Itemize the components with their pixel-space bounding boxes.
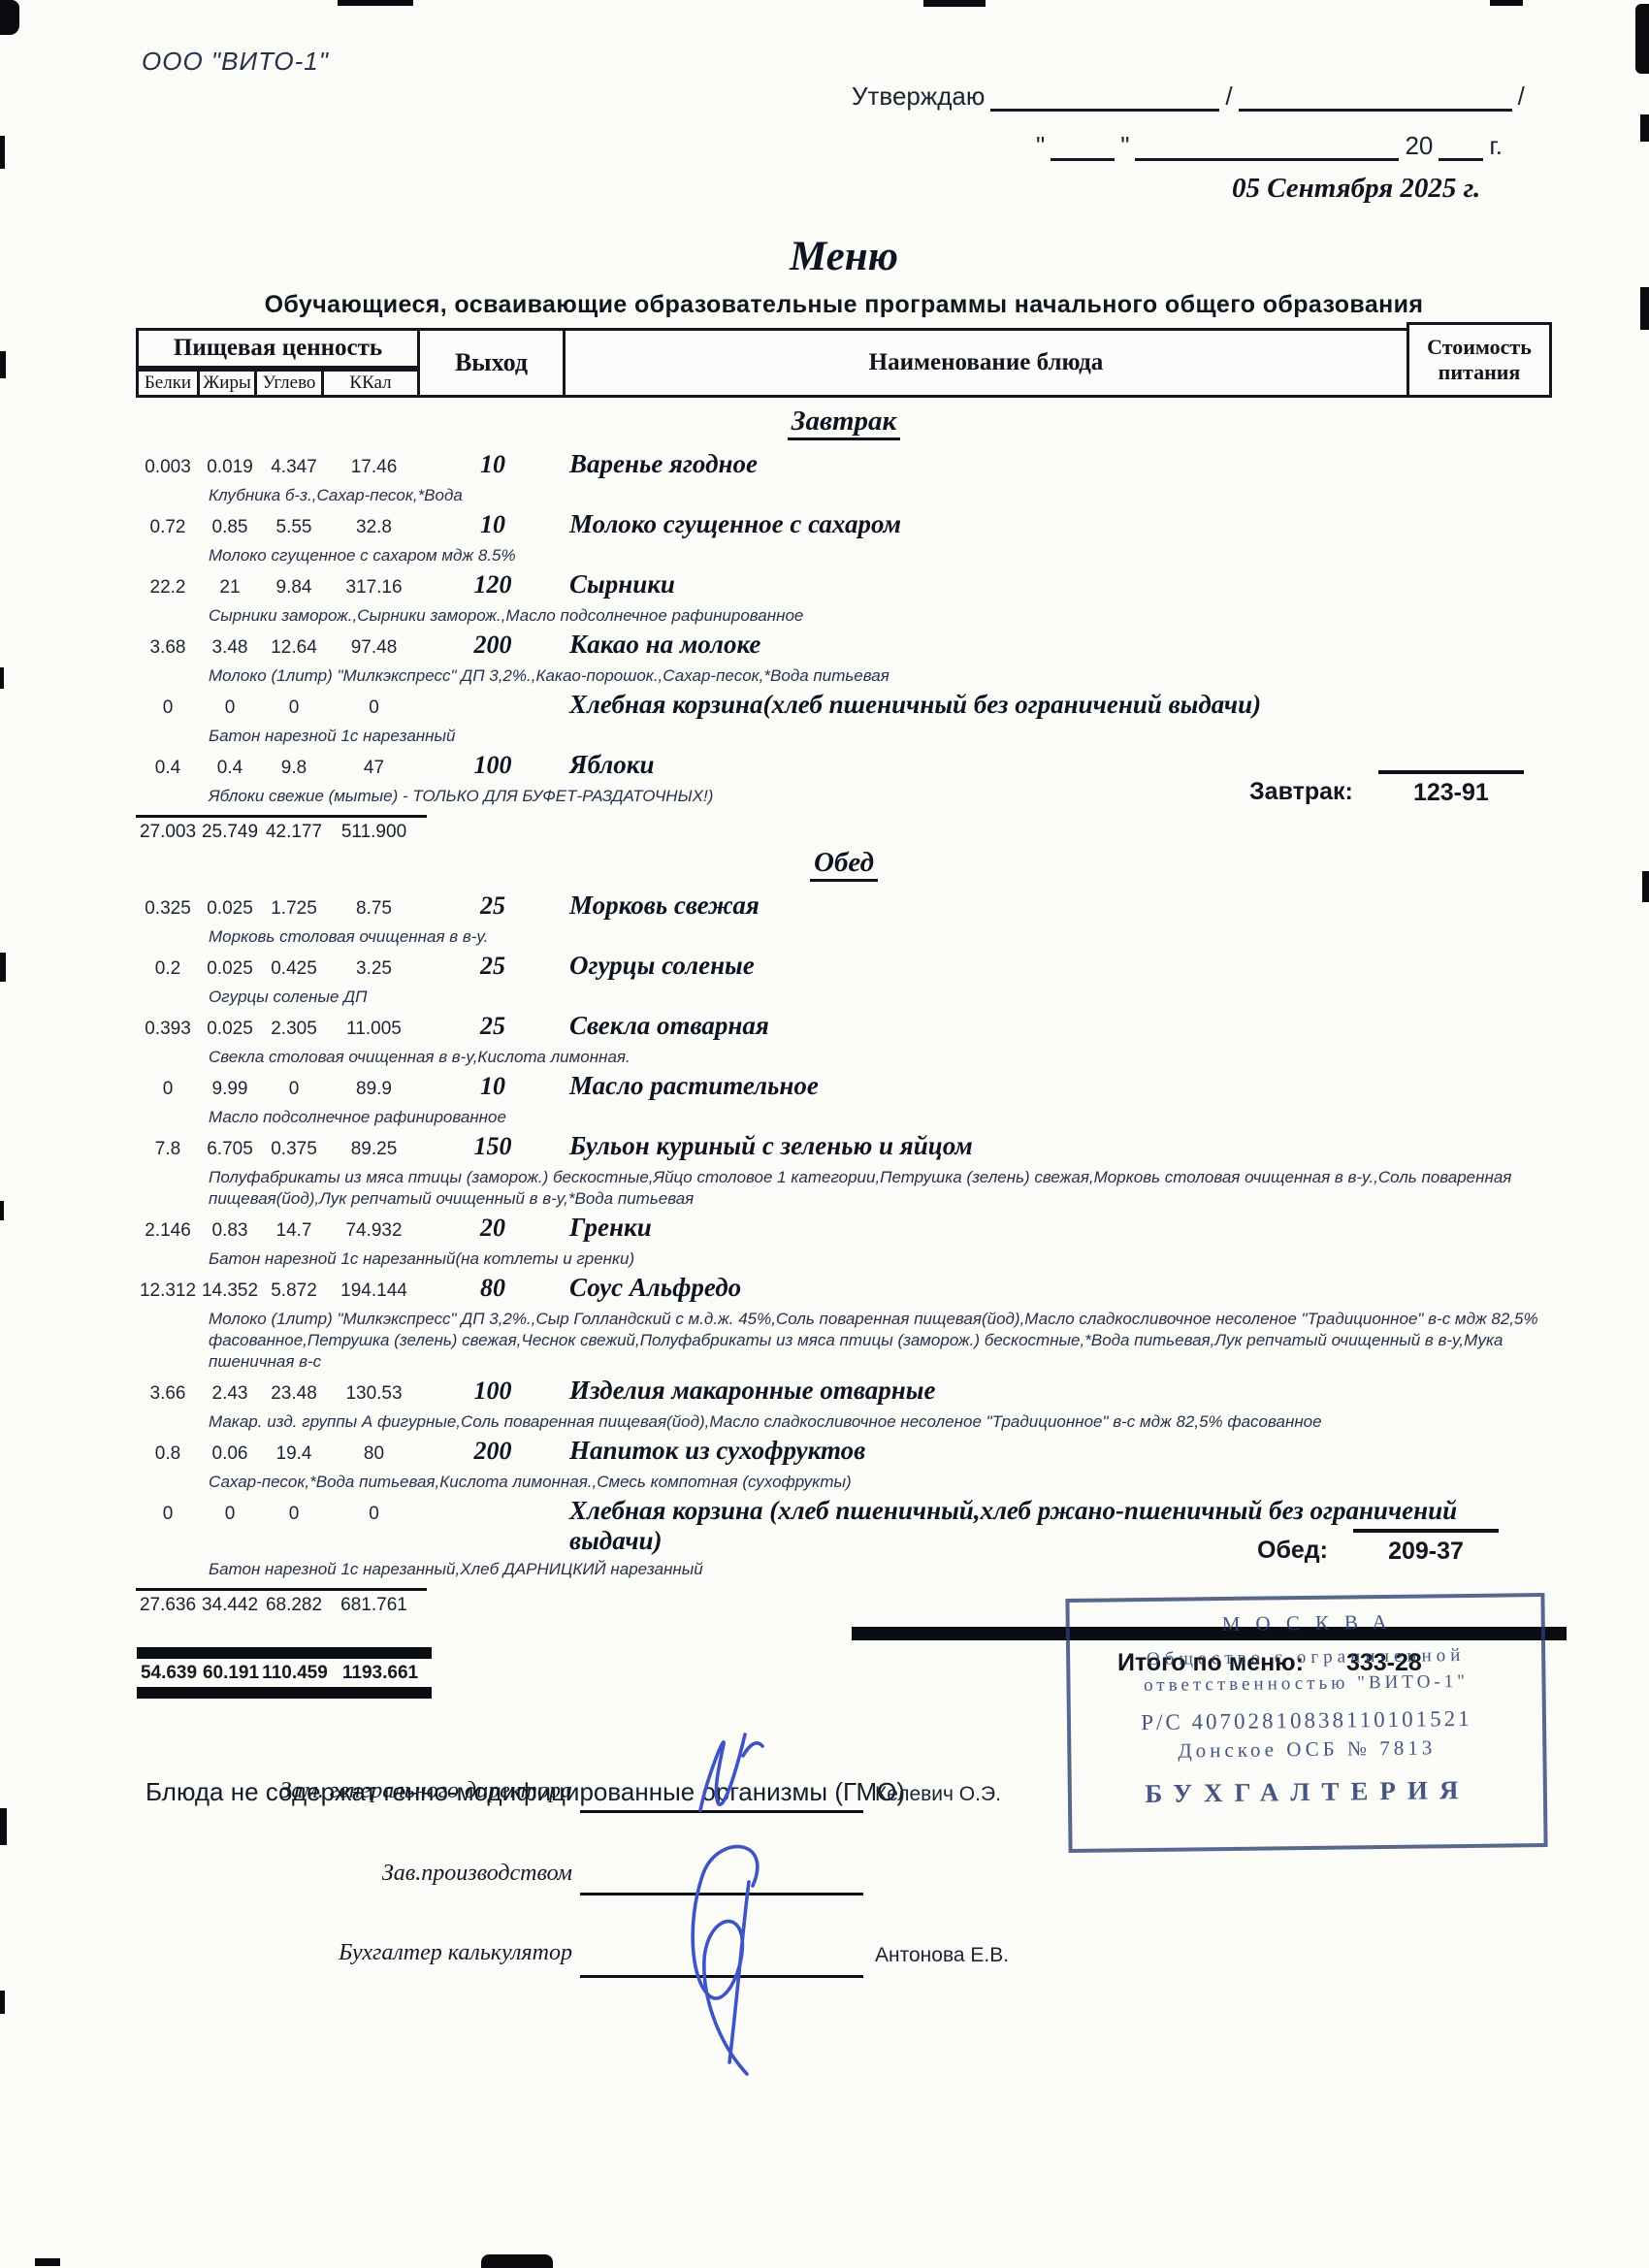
scan-artifact [338, 0, 413, 6]
kcal-value: 17.46 [328, 453, 420, 482]
protein-value: 7.8 [136, 1135, 200, 1164]
fat-value: 0.06 [200, 1440, 260, 1469]
table-header: Пищевая ценность Белки Жиры Углево ККал … [136, 328, 1552, 398]
item-values: 0.2 0.025 0.425 3.25 25 Огурцы соленые [136, 951, 1552, 984]
menu-item: 0.72 0.85 5.55 32.8 10 Молоко сгущенное … [136, 509, 1552, 567]
col-protein: Белки [136, 369, 200, 398]
col-carbs: Углево [254, 369, 324, 398]
fat-value: 0.025 [200, 955, 260, 984]
kcal-value: 194.144 [328, 1277, 420, 1306]
scan-artifact [0, 1991, 5, 2014]
portion-value: 200 [420, 631, 566, 660]
total-kcal: 681.761 [328, 1595, 420, 1616]
menu-item: 2.146 0.83 14.7 74.932 20 Гренки Батон н… [136, 1213, 1552, 1270]
menu-body: Завтрак 0.003 0.019 4.347 17.46 10 Варен… [136, 402, 1552, 1616]
ingredients: Клубника б-з.,Сахар-песок,*Вода [209, 485, 1552, 506]
carbs-value: 9.8 [260, 754, 328, 783]
total-fat: 34.442 [200, 1595, 260, 1616]
scan-artifact [0, 667, 4, 689]
menu-item: 0 9.99 0 89.9 10 Масло растительное Масл… [136, 1071, 1552, 1128]
stamp-company-line1: Общество с ограниченной [1070, 1644, 1541, 1671]
scan-artifact [1635, 4, 1649, 74]
menu-item: 0.325 0.025 1.725 8.75 25 Морковь свежая… [136, 891, 1552, 948]
stamp-department: БУХГАЛТЕРИЯ [1072, 1774, 1543, 1810]
grand-kcal: 1193.661 [329, 1663, 432, 1684]
portion-value: 25 [420, 1012, 566, 1041]
item-values: 12.312 14.352 5.872 194.144 80 Соус Альф… [136, 1273, 1552, 1306]
year-suffix: г. [1489, 131, 1503, 161]
carbs-value: 1.725 [260, 894, 328, 923]
kcal-value: 97.48 [328, 633, 420, 663]
item-values: 3.68 3.48 12.64 97.48 200 Какао на молок… [136, 630, 1552, 663]
stamp-city: МОСКВА [1070, 1608, 1541, 1638]
dish-name: Молоко сгущенное с сахаром [566, 509, 1552, 539]
total-fat: 25.749 [200, 822, 260, 843]
protein-value: 0.393 [136, 1015, 200, 1044]
portion-value: 100 [420, 1377, 566, 1406]
ingredients: Молоко (1литр) "Милкэкспресс" ДП 3,2%.,С… [209, 1309, 1552, 1373]
approval-line-2: " " 20 г. [852, 129, 1589, 161]
portion-value: 10 [420, 450, 566, 479]
section-header-lunch: Обед [136, 847, 1552, 879]
slash: / [1225, 81, 1232, 112]
carbs-value: 5.872 [260, 1277, 328, 1306]
scan-artifact [923, 0, 986, 7]
menu-item: 3.68 3.48 12.64 97.48 200 Какао на молок… [136, 630, 1552, 687]
kcal-value: 130.53 [328, 1379, 420, 1409]
carbs-value: 14.7 [260, 1216, 328, 1246]
carbs-value: 2.305 [260, 1015, 328, 1044]
handwritten-signature [685, 1723, 782, 1820]
scan-artifact [0, 136, 5, 169]
scan-artifact [1490, 0, 1523, 6]
carbs-value: 23.48 [260, 1379, 328, 1409]
scan-artifact [481, 2254, 553, 2268]
menu-item: 0.2 0.025 0.425 3.25 25 Огурцы соленые О… [136, 951, 1552, 1008]
grand-totals: 54.639 60.191 110.459 1193.661 [137, 1647, 432, 1699]
signature-blank [1239, 80, 1512, 112]
carbs-value: 19.4 [260, 1440, 328, 1469]
lunch-totals: 27.636 34.442 68.282 681.761 [136, 1588, 427, 1616]
menu-item: 7.8 6.705 0.375 89.25 150 Бульон куриный… [136, 1131, 1552, 1210]
document-date: 05 Сентября 2025 г. [1232, 173, 1552, 205]
signature-name: Келевич О.Э. [875, 1783, 1001, 1806]
col-dish: Наименование блюда [563, 328, 1409, 398]
kcal-value: 0 [328, 1500, 420, 1529]
scan-artifact [1640, 287, 1649, 330]
dish-name: Изделия макаронные отварные [566, 1376, 1552, 1406]
scan-artifact [0, 953, 6, 982]
kcal-value: 0 [328, 694, 420, 723]
grand-totals-rule-bottom [137, 1687, 432, 1699]
ingredients: Батон нарезной 1с нарезанный(на котлеты … [209, 1248, 1552, 1270]
lunch-cost-value: 209-37 [1353, 1529, 1499, 1566]
fat-value: 0.85 [200, 513, 260, 542]
total-carbs: 42.177 [260, 822, 328, 843]
protein-value: 12.312 [136, 1277, 200, 1306]
col-kcal: ККал [321, 369, 420, 398]
carbs-value: 12.64 [260, 633, 328, 663]
section-header-breakfast: Завтрак [136, 405, 1552, 437]
total-kcal: 511.900 [328, 822, 420, 843]
portion-value: 100 [420, 751, 566, 780]
lunch-cost-label: Обед: [1257, 1529, 1328, 1566]
kcal-value: 89.25 [328, 1135, 420, 1164]
month-blank [1135, 129, 1399, 161]
dish-name: Морковь свежая [566, 891, 1552, 921]
ingredients: Огурцы соленые ДП [209, 987, 1552, 1008]
dish-name: Огурцы соленые [566, 951, 1552, 981]
total-protein: 27.636 [136, 1595, 200, 1616]
item-values: 22.2 21 9.84 317.16 120 Сырники [136, 569, 1552, 602]
protein-value: 0.8 [136, 1440, 200, 1469]
approval-block: Утверждаю / / " " 20 г. [852, 80, 1589, 161]
menu-item: 22.2 21 9.84 317.16 120 Сырники Сырники … [136, 569, 1552, 627]
grand-totals-values: 54.639 60.191 110.459 1193.661 [137, 1659, 432, 1687]
menu-item: 0.393 0.025 2.305 11.005 25 Свекла отвар… [136, 1011, 1552, 1068]
dish-name: Варенье ягодное [566, 449, 1552, 479]
col-nutrition: Пищевая ценность [136, 328, 420, 369]
stamp-branch: Донское ОСБ № 7813 [1071, 1734, 1542, 1765]
carbs-value: 0.425 [260, 955, 328, 984]
menu-item: 12.312 14.352 5.872 194.144 80 Соус Альф… [136, 1273, 1552, 1373]
ingredients: Свекла столовая очищенная в в-у,Кислота … [209, 1047, 1552, 1068]
protein-value: 0.003 [136, 453, 200, 482]
ingredients: Макар. изд. группы А фигурные,Соль повар… [209, 1411, 1552, 1433]
breakfast-cost-value: 123-91 [1378, 770, 1524, 807]
fat-value: 6.705 [200, 1135, 260, 1164]
carbs-value: 5.55 [260, 513, 328, 542]
scanned-menu-page: ООО "ВИТО-1" Утверждаю / / " " 20 г. 05 … [0, 0, 1649, 2268]
slash: / [1518, 81, 1525, 112]
dish-name: Масло растительное [566, 1071, 1552, 1101]
approve-label: Утверждаю [852, 81, 985, 112]
item-values: 3.66 2.43 23.48 130.53 100 Изделия макар… [136, 1376, 1552, 1409]
item-values: 7.8 6.705 0.375 89.25 150 Бульон куриный… [136, 1131, 1552, 1164]
grand-totals-rule-top [137, 1647, 432, 1659]
item-values: 2.146 0.83 14.7 74.932 20 Гренки [136, 1213, 1552, 1246]
dish-name: Сырники [566, 569, 1552, 599]
portion-value: 150 [420, 1132, 566, 1161]
item-values: 0.8 0.06 19.4 80 200 Напиток из сухофрук… [136, 1436, 1552, 1469]
signature-blank [990, 80, 1219, 112]
menu-item: 0 0 0 0 Хлебная корзина(хлеб пшеничный б… [136, 690, 1552, 747]
protein-value: 0.325 [136, 894, 200, 923]
dish-name: Напиток из сухофруктов [566, 1436, 1552, 1466]
col-cost: Стоимость питания [1406, 322, 1552, 398]
carbs-value: 0.375 [260, 1135, 328, 1164]
protein-value: 2.146 [136, 1216, 200, 1246]
col-fat: Жиры [197, 369, 257, 398]
portion-value: 80 [420, 1274, 566, 1303]
portion-value: 25 [420, 952, 566, 981]
item-values: 0.325 0.025 1.725 8.75 25 Морковь свежая [136, 891, 1552, 923]
fat-value: 0.4 [200, 754, 260, 783]
col-cost-line1: Стоимость [1427, 335, 1532, 360]
fat-value: 0 [200, 1500, 260, 1529]
fat-value: 2.43 [200, 1379, 260, 1409]
total-carbs: 68.282 [260, 1595, 328, 1616]
kcal-value: 47 [328, 754, 420, 783]
menu-item: 3.66 2.43 23.48 130.53 100 Изделия макар… [136, 1376, 1552, 1433]
dish-name: Соус Альфредо [566, 1273, 1552, 1303]
signature-name: Антонова Е.В. [875, 1944, 1009, 1967]
protein-value: 0.2 [136, 955, 200, 984]
kcal-value: 74.932 [328, 1216, 420, 1246]
scan-artifact [0, 1808, 7, 1845]
accounting-stamp: МОСКВА Общество с ограниченной ответстве… [1065, 1593, 1547, 1853]
page-subtitle: Обучающиеся, осваивающие образовательные… [136, 291, 1552, 319]
protein-value: 0 [136, 1500, 200, 1529]
fat-value: 3.48 [200, 633, 260, 663]
scan-artifact [1642, 871, 1649, 902]
quote-mark: " [1036, 131, 1045, 161]
stamp-account: Р/С 40702810838110101521 [1071, 1705, 1542, 1736]
ingredients: Масло подсолнечное рафинированное [209, 1107, 1552, 1128]
carbs-value: 4.347 [260, 453, 328, 482]
protein-value: 22.2 [136, 573, 200, 602]
section-title: Завтрак [788, 405, 900, 440]
signature-role-deputy-director: Зам. генерального директора [145, 1778, 572, 1804]
protein-value: 0.4 [136, 754, 200, 783]
ingredients: Молоко (1литр) "Милкэкспресс" ДП 3,2%.,К… [209, 665, 1552, 687]
dish-name: Свекла отварная [566, 1011, 1552, 1041]
grand-fat: 60.191 [201, 1663, 261, 1684]
col-cost-line2: питания [1439, 360, 1521, 385]
carbs-value: 0 [260, 1500, 328, 1529]
ingredients: Батон нарезной 1с нарезанный [209, 726, 1552, 747]
portion-value: 10 [420, 1072, 566, 1101]
fat-value: 0 [200, 694, 260, 723]
handwritten-signature [656, 1833, 811, 2086]
portion-value: 20 [420, 1214, 566, 1243]
breakfast-cost: Завтрак: 123-91 [1249, 770, 1524, 807]
scan-artifact [0, 351, 6, 378]
kcal-value: 80 [328, 1440, 420, 1469]
kcal-value: 3.25 [328, 955, 420, 984]
scan-artifact [35, 2258, 60, 2266]
quote-mark: " [1120, 131, 1129, 161]
ingredients: Сырники заморож.,Сырники заморож.,Масло … [209, 605, 1552, 627]
fat-value: 0.019 [200, 453, 260, 482]
organization-name: ООО "ВИТО-1" [142, 47, 329, 77]
dish-name: Хлебная корзина(хлеб пшеничный без огран… [566, 690, 1552, 720]
fat-value: 0.025 [200, 894, 260, 923]
menu-item: 0.003 0.019 4.347 17.46 10 Варенье ягодн… [136, 449, 1552, 506]
kcal-value: 8.75 [328, 894, 420, 923]
carbs-value: 9.84 [260, 573, 328, 602]
breakfast-totals: 27.003 25.749 42.177 511.900 [136, 815, 427, 843]
fat-value: 14.352 [200, 1277, 260, 1306]
total-protein: 27.003 [136, 822, 200, 843]
signature-role-production-manager: Зав.производством [145, 1861, 572, 1887]
dish-name: Гренки [566, 1213, 1552, 1243]
breakfast-cost-label: Завтрак: [1249, 770, 1353, 807]
dish-name: Бульон куриный с зеленью и яйцом [566, 1131, 1552, 1161]
kcal-value: 317.16 [328, 573, 420, 602]
fat-value: 0.83 [200, 1216, 260, 1246]
item-values: 0 9.99 0 89.9 10 Масло растительное [136, 1071, 1552, 1104]
year-prefix: 20 [1405, 131, 1433, 161]
stamp-company-line2: ответственностью "ВИТО-1" [1070, 1670, 1541, 1698]
grand-protein: 54.639 [137, 1663, 201, 1684]
protein-value: 3.66 [136, 1379, 200, 1409]
menu-item: 0.8 0.06 19.4 80 200 Напиток из сухофрук… [136, 1436, 1552, 1493]
portion-value: 10 [420, 510, 566, 539]
scan-artifact [1640, 114, 1649, 142]
item-values: 0.72 0.85 5.55 32.8 10 Молоко сгущенное … [136, 509, 1552, 542]
year-blank [1439, 129, 1483, 161]
portion-value: 25 [420, 891, 566, 921]
fat-value: 21 [200, 573, 260, 602]
carbs-value: 0 [260, 1075, 328, 1104]
ingredients: Морковь столовая очищенная в в-у. [209, 926, 1552, 948]
scan-artifact [0, 1201, 4, 1220]
lunch-cost: Обед: 209-37 [1257, 1529, 1499, 1566]
approval-line-1: Утверждаю / / [852, 80, 1589, 112]
section-title: Обед [810, 847, 878, 882]
kcal-value: 32.8 [328, 513, 420, 542]
ingredients: Молоко сгущенное с сахаром мдж 8.5% [209, 545, 1552, 567]
fat-value: 0.025 [200, 1015, 260, 1044]
protein-value: 0 [136, 1075, 200, 1104]
protein-value: 0.72 [136, 513, 200, 542]
kcal-value: 89.9 [328, 1075, 420, 1104]
signature-role-accountant: Бухгалтер калькулятор [145, 1940, 572, 1966]
col-portion: Выход [417, 328, 566, 398]
dish-name: Какао на молоке [566, 630, 1552, 660]
portion-value: 120 [420, 570, 566, 599]
item-values: 0.393 0.025 2.305 11.005 25 Свекла отвар… [136, 1011, 1552, 1044]
portion-value: 200 [420, 1437, 566, 1466]
grand-carbs: 110.459 [261, 1663, 329, 1684]
item-values: 0 0 0 0 Хлебная корзина(хлеб пшеничный б… [136, 690, 1552, 723]
day-blank [1051, 129, 1115, 161]
ingredients: Сахар-песок,*Вода питьевая,Кислота лимон… [209, 1472, 1552, 1493]
kcal-value: 11.005 [328, 1015, 420, 1044]
fat-value: 9.99 [200, 1075, 260, 1104]
protein-value: 0 [136, 694, 200, 723]
item-values: 0.003 0.019 4.347 17.46 10 Варенье ягодн… [136, 449, 1552, 482]
protein-value: 3.68 [136, 633, 200, 663]
page-title: Меню [136, 233, 1552, 280]
carbs-value: 0 [260, 694, 328, 723]
ingredients: Полуфабрикаты из мяса птицы (заморож.) б… [209, 1167, 1552, 1210]
scan-artifact [0, 0, 19, 35]
